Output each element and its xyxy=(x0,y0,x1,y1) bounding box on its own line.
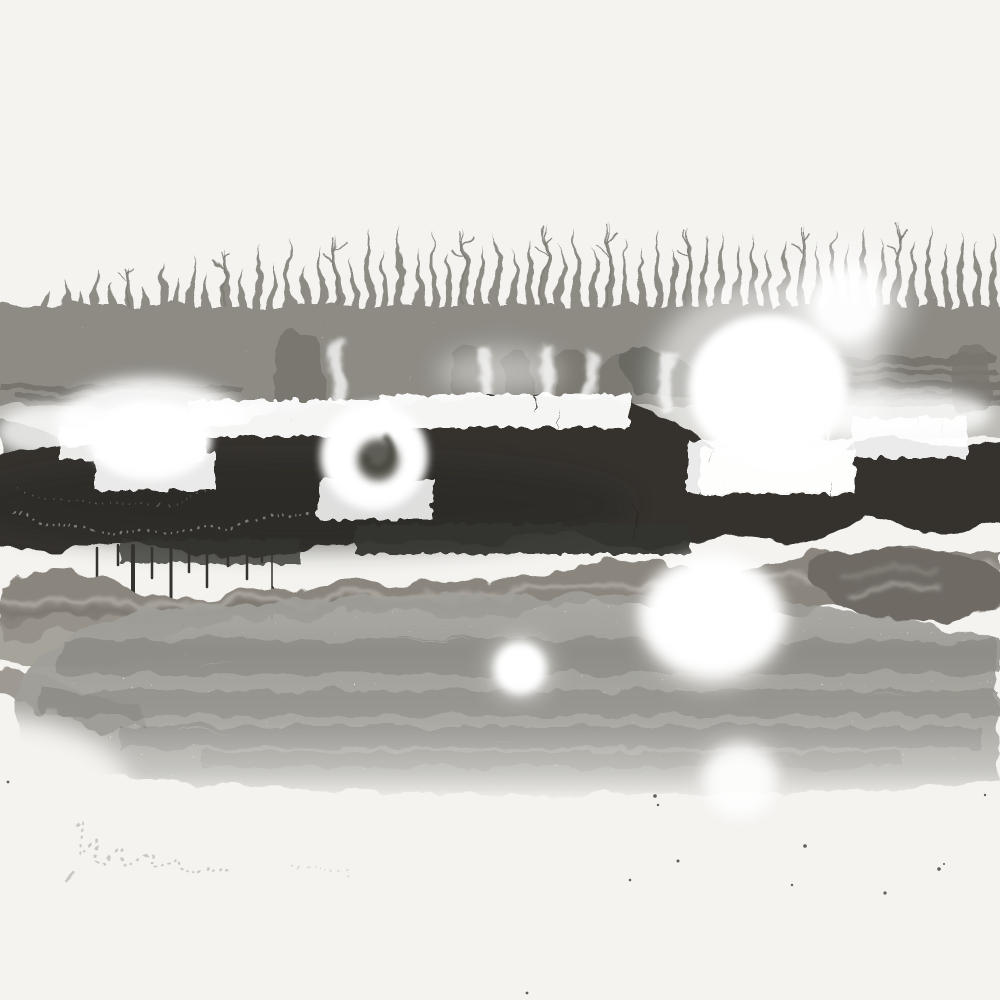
white-pool-wash-small xyxy=(494,642,546,694)
artwork-canvas: Abstract horizontal ink-wash composition… xyxy=(0,0,1000,1000)
white-pool-wash-faint xyxy=(704,746,776,818)
wash-streak-row xyxy=(200,752,900,768)
ink-painting xyxy=(0,0,1000,1000)
wash-streak-row xyxy=(120,726,980,748)
white-pool-left xyxy=(88,400,215,490)
water-wash xyxy=(15,595,1000,795)
white-pool-wash-large xyxy=(641,554,785,674)
glow-spot xyxy=(810,266,886,342)
white-pool-large xyxy=(688,314,853,492)
